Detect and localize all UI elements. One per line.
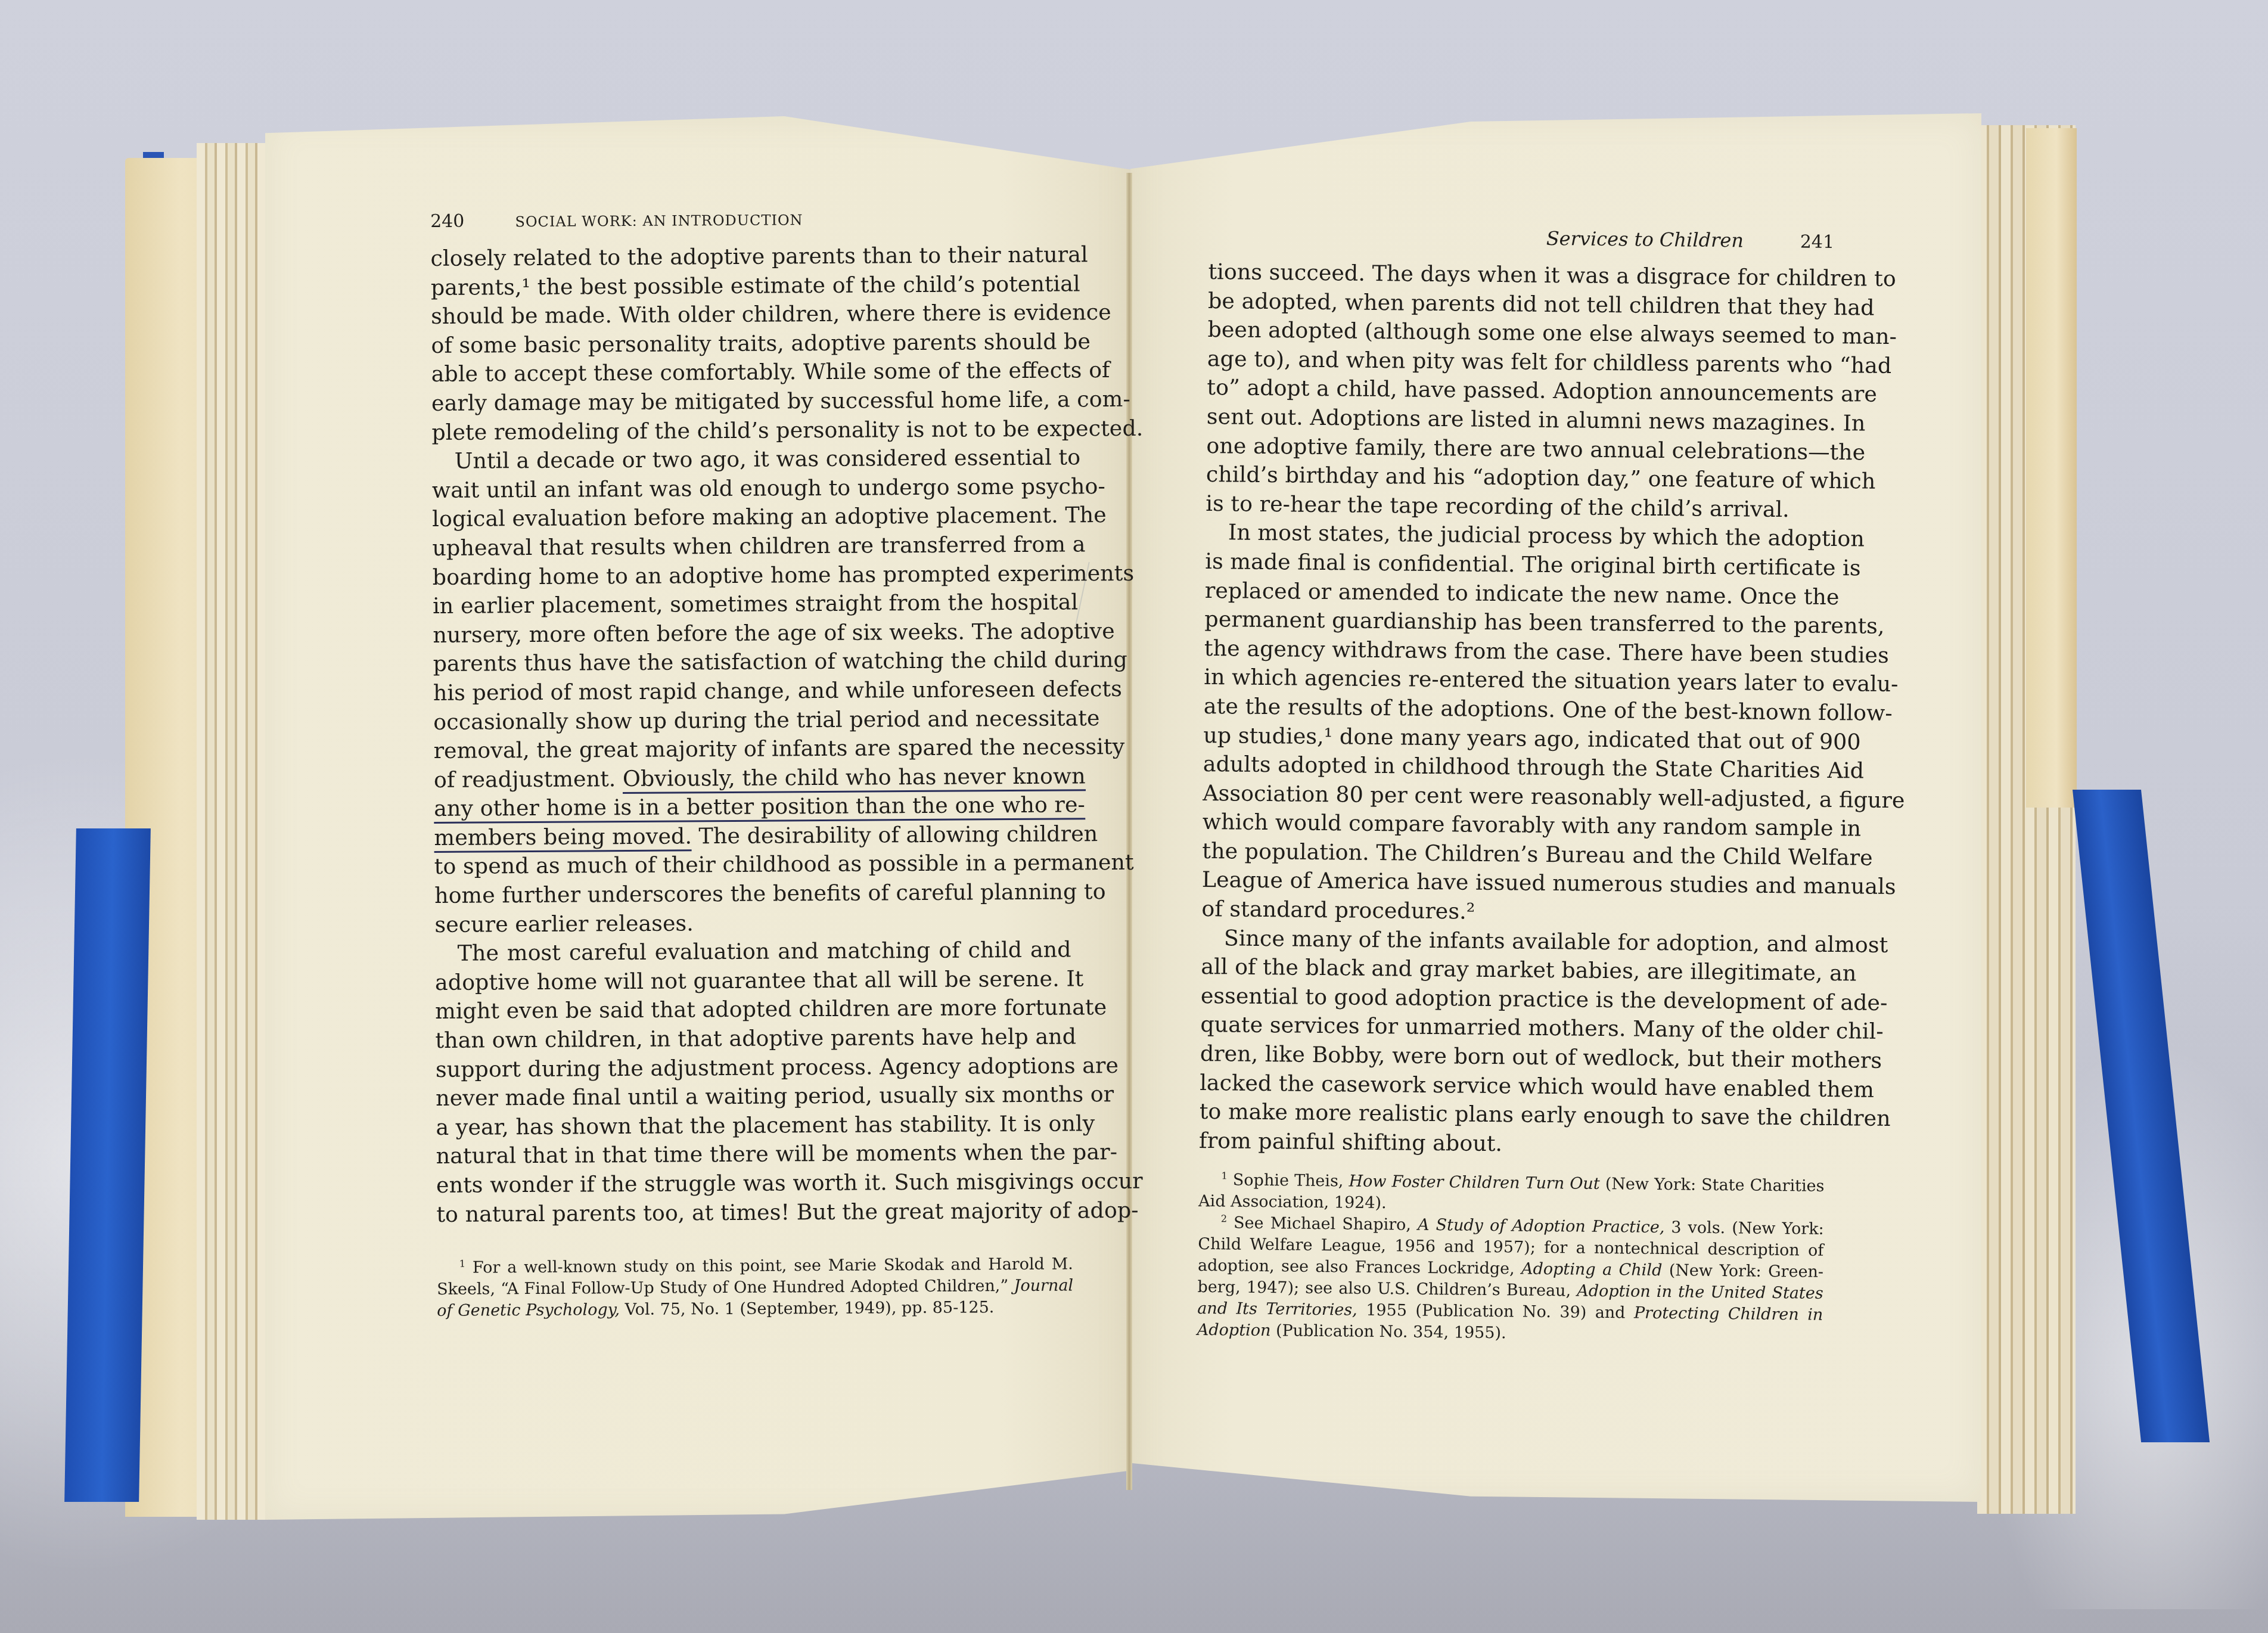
text-line: of some basic personality traits, adopti… (431, 327, 1067, 360)
text-line: never made final until a waiting period,… (436, 1081, 1072, 1113)
text-line: wait until an infant was old enough to u… (432, 472, 1068, 505)
text-line: support during the adjustment process. A… (436, 1051, 1072, 1084)
text-line: logical evaluation before making an adop… (432, 501, 1068, 534)
footnotes: 1 Sophie Theis, How Foster Children Turn… (1197, 1169, 1825, 1348)
text-line: natural that in that time there will be … (436, 1138, 1073, 1171)
text-line: plete remodeling of the child’s personal… (431, 414, 1068, 447)
text-line: closely related to the adoptive parents … (430, 240, 1067, 273)
text-line: occasionally show up during the trial pe… (433, 704, 1070, 737)
text-line: home further underscores the benefits of… (434, 878, 1071, 911)
text-line: ents wonder if the struggle was worth it… (436, 1167, 1073, 1200)
page-number: 240 (430, 207, 465, 237)
book-cover-left (64, 828, 151, 1502)
paragraph-start: The most careful evaluation and matching… (435, 936, 1071, 968)
underlined-passage: any other home is in a better position t… (434, 792, 1085, 824)
paragraph-start: Until a decade or two ago, it was consid… (431, 443, 1068, 476)
underlined-passage: members being moved. (434, 823, 692, 853)
running-head-title: Services to Children (1546, 224, 1744, 255)
text-line: adoptive home will not guarantee that al… (435, 964, 1071, 997)
text-line: to natural parents too, at times! But th… (436, 1196, 1073, 1229)
right-page-text: Services to Children 241 tions succeed. … (1197, 244, 1834, 1348)
page-stack-left (197, 143, 268, 1520)
running-head-title: SOCIAL WORK: AN INTRODUCTION (515, 206, 803, 237)
left-page-text: 240 SOCIAL WORK: AN INTRODUCTION closely… (430, 203, 1073, 1322)
text-line: a year, has shown that the placement has… (436, 1109, 1072, 1142)
footnote-line: of Genetic Psychology, Vol. 75, No. 1 (S… (437, 1297, 1073, 1322)
text-line: his period of most rapid change, and whi… (433, 675, 1070, 707)
text-line: parents thus have the satisfaction of wa… (433, 646, 1070, 679)
text-line: able to accept these comfortably. While … (431, 356, 1068, 389)
text-line: nursery, more often before the age of si… (433, 617, 1069, 650)
text-line: boarding home to an adoptive home has pr… (433, 559, 1069, 592)
text-line: of readjustment. Obviously, the child wh… (434, 762, 1070, 794)
running-head: 240 SOCIAL WORK: AN INTRODUCTION (430, 203, 1067, 231)
footnotes: 1 For a well-known study on this point, … (437, 1254, 1074, 1322)
underlined-passage: Obviously, the child who has never known (623, 763, 1086, 794)
text-line: should be made. With older children, whe… (431, 299, 1067, 331)
text-line: upheaval that results when children are … (432, 530, 1068, 563)
text-line: to spend as much of their childhood as p… (434, 849, 1071, 881)
text-line: members being moved. The desirability of… (434, 819, 1070, 852)
text-line: early damage may be mitigated by success… (431, 385, 1068, 418)
text-line: any other home is in a better position t… (434, 791, 1070, 824)
page-number: 241 (1800, 228, 1835, 257)
text-line: parents,¹ the best possible estimate of … (431, 269, 1067, 302)
text-line: might even be said that adopted children… (435, 994, 1071, 1026)
book-jacket-right (2026, 128, 2077, 808)
text-line: in earlier placement, sometimes straight… (433, 588, 1069, 621)
text-line: than own children, in that adoptive pare… (435, 1022, 1071, 1055)
text-line: removal, the great majority of infants a… (433, 733, 1070, 766)
book-gutter (1126, 173, 1132, 1490)
text-line: secure earlier releases. (434, 906, 1071, 939)
